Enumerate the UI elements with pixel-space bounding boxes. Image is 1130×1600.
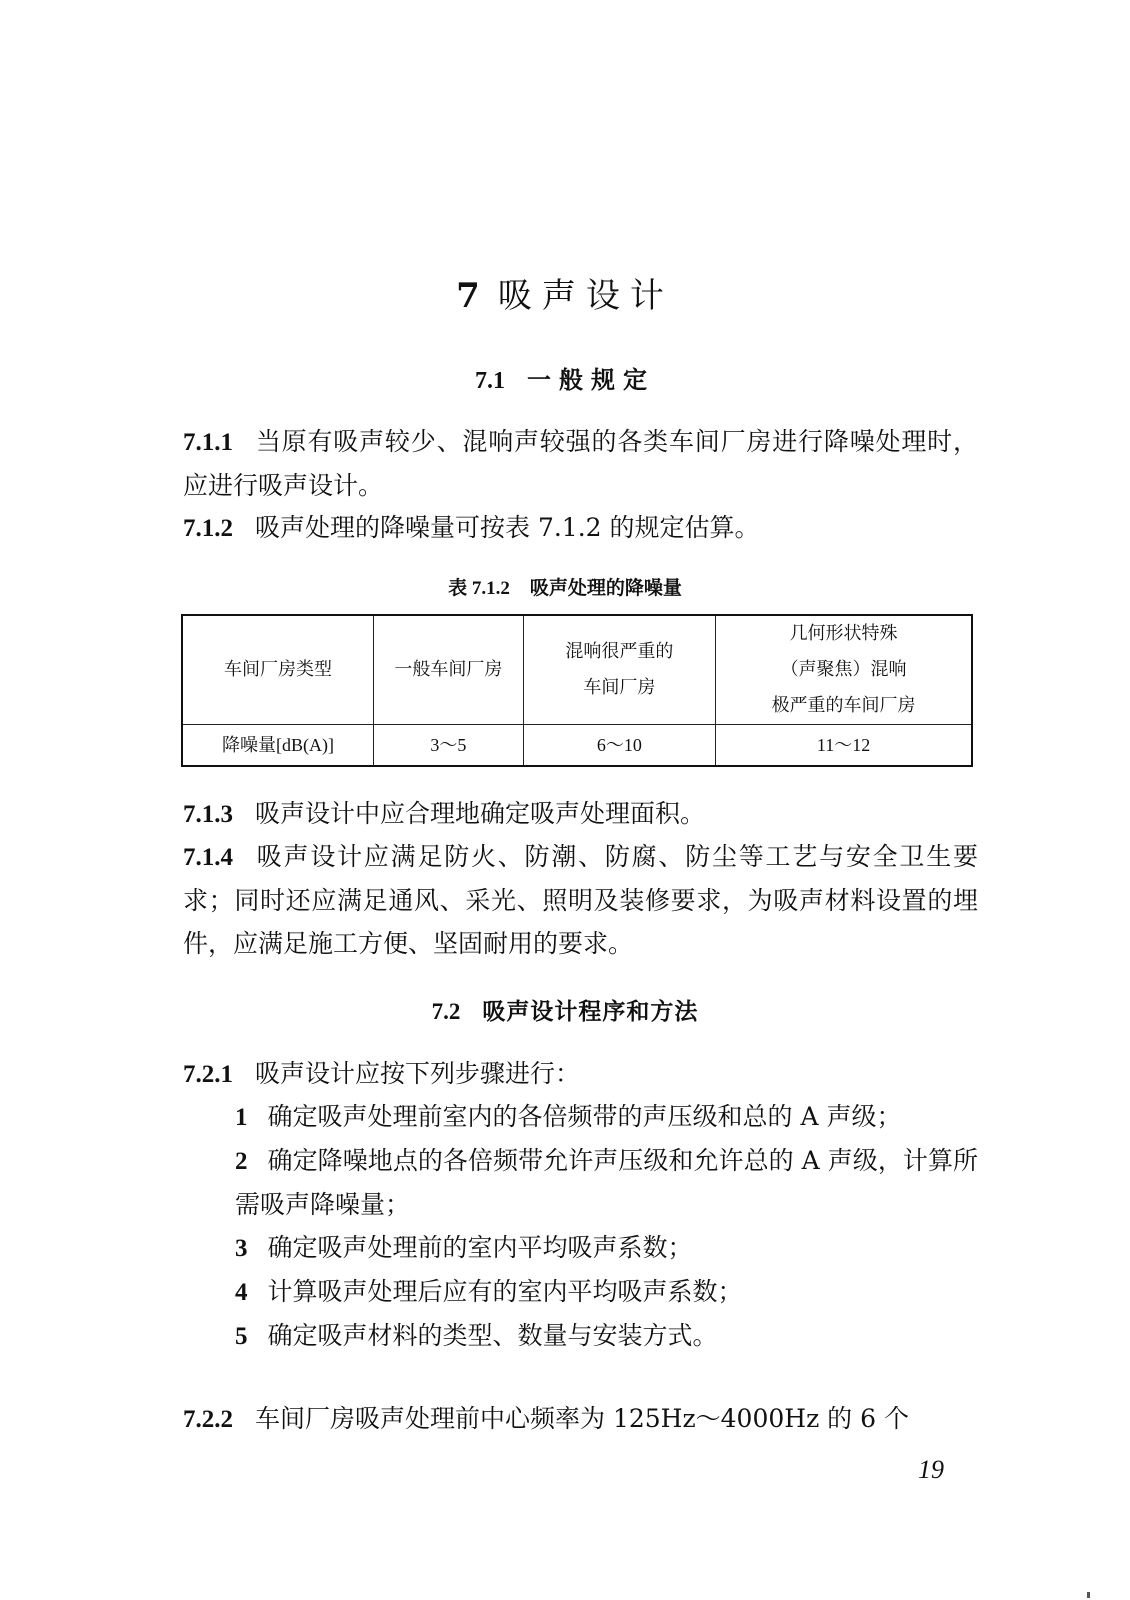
clause-text: 吸声设计应按下列步骤进行：: [255, 1059, 580, 1088]
page-number: 19: [918, 1455, 944, 1485]
clause-number: 7.1.3: [183, 801, 233, 828]
clause-number: 7.2.1: [183, 1061, 233, 1088]
noise-reduction-table: 车间厂房类型 一般车间厂房 混响很严重的 车间厂房 几何形状特殊 （声聚焦）混响…: [181, 614, 973, 767]
clause-number: 7.2.2: [183, 1406, 233, 1433]
header-line: （声聚焦）混响: [722, 652, 965, 688]
clause-7-1-3: 7.1.3吸声设计中应合理地确定吸声处理面积。: [183, 792, 978, 836]
header-line: 混响很严重的: [530, 634, 709, 670]
table-header-cell: 车间厂房类型: [182, 615, 374, 725]
chapter-title-text: 吸声设计: [498, 276, 674, 316]
section-heading-7-1: 7.1一般规定: [0, 360, 1130, 395]
section-title-text: 一般规定: [527, 366, 655, 394]
clause-text: 吸声处理的降噪量可按表 7.1.2 的规定估算。: [255, 513, 760, 542]
clause-number: 7.1.2: [183, 515, 233, 542]
table-cell: 降噪量[dB(A)]: [182, 725, 374, 767]
section-title-text: 吸声设计程序和方法: [482, 999, 698, 1025]
step-item: 4计算吸声处理后应有的室内平均吸声系数；: [183, 1270, 978, 1314]
step-list: 1确定吸声处理前室内的各倍频带的声压级和总的 A 声级； 2确定降噪地点的各倍频…: [183, 1095, 978, 1358]
section-heading-7-2: 7.2吸声设计程序和方法: [0, 993, 1130, 1026]
table-row: 降噪量[dB(A)] 3～5 6～10 11～12: [182, 725, 972, 767]
table-title: 吸声处理的降噪量: [530, 577, 682, 599]
table-header-cell: 混响很严重的 车间厂房: [523, 615, 715, 725]
chapter-number: 7: [456, 276, 480, 316]
clause-number: 7.1.1: [183, 429, 233, 456]
clause-number: 7.1.4: [183, 844, 233, 871]
table-header-row: 车间厂房类型 一般车间厂房 混响很严重的 车间厂房 几何形状特殊 （声聚焦）混响…: [182, 615, 972, 725]
clause-7-2-1: 7.2.1吸声设计应按下列步骤进行：: [183, 1052, 978, 1096]
header-line: 车间厂房: [530, 670, 709, 706]
clause-7-1-2: 7.1.2吸声处理的降噪量可按表 7.1.2 的规定估算。: [183, 506, 978, 550]
clause-text: 车间厂房吸声处理前中心频率为 125Hz～4000Hz 的 6 个: [255, 1404, 909, 1433]
clause-7-1-1: 7.1.1当原有吸声较少、混响声较强的各类车间厂房进行降噪处理时，应进行吸声设计…: [183, 420, 978, 507]
table-caption: 表 7.1.2吸声处理的降噪量: [0, 573, 1130, 600]
clause-text: 吸声设计应满足防火、防潮、防腐、防尘等工艺与安全卫生要求；同时还应满足通风、采光…: [183, 842, 978, 958]
clause-7-1-4: 7.1.4吸声设计应满足防火、防潮、防腐、防尘等工艺与安全卫生要求；同时还应满足…: [183, 835, 978, 965]
clause-7-2-2: 7.2.2车间厂房吸声处理前中心频率为 125Hz～4000Hz 的 6 个: [183, 1397, 978, 1441]
section-number: 7.1: [475, 368, 505, 394]
table-cell: 11～12: [716, 725, 972, 767]
table-header-cell: 一般车间厂房: [374, 615, 524, 725]
table-number: 表 7.1.2: [448, 578, 510, 599]
clause-text: 当原有吸声较少、混响声较强的各类车间厂房进行降噪处理时，应进行吸声设计。: [183, 427, 978, 500]
section-number: 7.2: [432, 999, 461, 1024]
step-item: 1确定吸声处理前室内的各倍频带的声压级和总的 A 声级；: [183, 1095, 978, 1139]
table-cell: 6～10: [523, 725, 715, 767]
step-item: 3确定吸声处理前的室内平均吸声系数；: [183, 1226, 978, 1270]
step-item: 2确定降噪地点的各倍频带允许声压级和允许总的 A 声级，计算所需吸声降噪量；: [183, 1139, 978, 1226]
header-line: 几何形状特殊: [722, 616, 965, 652]
chapter-title: 7吸声设计: [0, 268, 1130, 317]
scan-mark: [1087, 1592, 1090, 1598]
header-line: 极严重的车间厂房: [722, 688, 965, 724]
step-item: 5确定吸声材料的类型、数量与安装方式。: [183, 1314, 978, 1358]
clause-text: 吸声设计中应合理地确定吸声处理面积。: [255, 799, 705, 828]
table-cell: 3～5: [374, 725, 524, 767]
table-header-cell: 几何形状特殊 （声聚焦）混响 极严重的车间厂房: [716, 615, 972, 725]
